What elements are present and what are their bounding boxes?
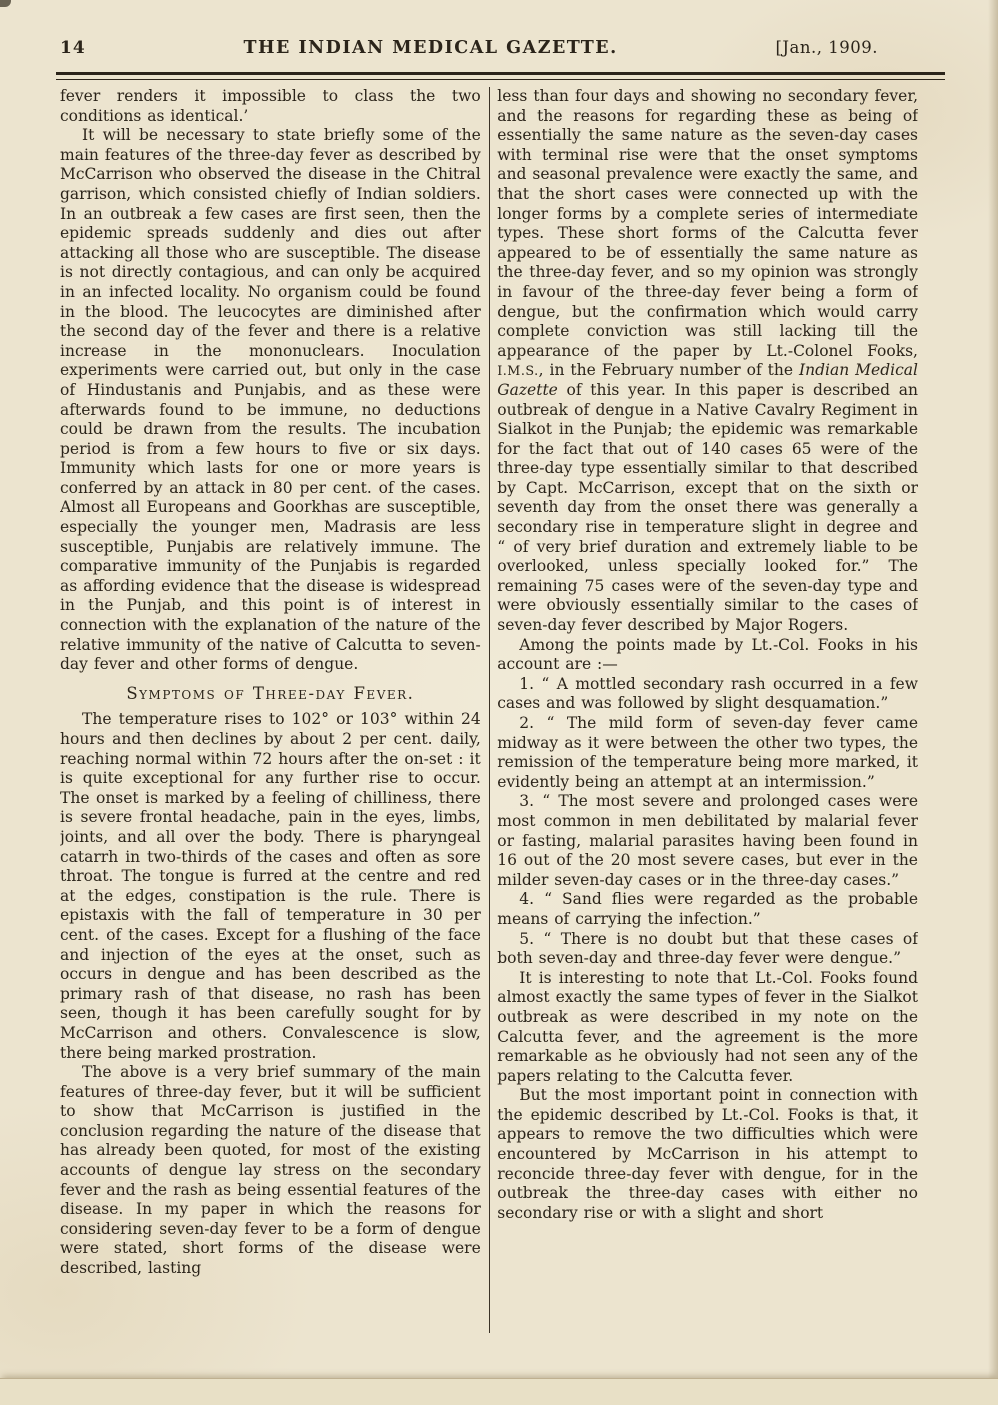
journal-page-scan: 14 THE INDIAN MEDICAL GAZETTE. [Jan., 19… (0, 0, 998, 1405)
page-right-edge (988, 0, 998, 1405)
ims-abbreviation: I.M.S. (497, 363, 538, 378)
numbered-point: 1. “ A mottled secondary rash occurred i… (497, 675, 918, 714)
paragraph-text: less than four days and showing no secon… (497, 87, 918, 360)
issue-date: [Jan., 1909. (776, 38, 879, 57)
column-divider-rule (489, 87, 491, 1333)
paragraph: The temperature rises to 102° or 103° wi… (60, 710, 481, 1063)
journal-title: THE INDIAN MEDICAL GAZETTE. (244, 38, 618, 58)
left-column: fever renders it impossible to class the… (60, 87, 481, 1339)
article-body: fever renders it impossible to class the… (60, 87, 918, 1339)
numbered-point: 3. “ The most severe and prolonged cases… (497, 792, 918, 890)
page-header: 14 THE INDIAN MEDICAL GAZETTE. [Jan., 19… (60, 38, 878, 58)
paragraph: But the most important point in connecti… (497, 1086, 918, 1223)
paragraph: Among the points made by Lt.-Col. Fooks … (497, 636, 918, 675)
header-double-rule (56, 72, 945, 80)
paragraph: It is interesting to note that Lt.-Col. … (497, 969, 918, 1087)
page-number: 14 (60, 38, 86, 58)
paragraph-continuation: fever renders it impossible to class the… (60, 87, 481, 126)
numbered-point: 5. “ There is no doubt but that these ca… (497, 930, 918, 969)
numbered-point: 2. “ The mild form of seven-day fever ca… (497, 714, 918, 792)
paragraph: It will be necessary to state briefly so… (60, 126, 481, 675)
page-bottom-edge (0, 1378, 998, 1405)
section-heading: Symptoms of Three-day Fever. (60, 684, 481, 704)
paragraph-continuation: less than four days and showing no secon… (497, 87, 918, 636)
numbered-point: 4. “ Sand flies were regarded as the pro… (497, 890, 918, 929)
paragraph-text: , in the February number of the (539, 361, 799, 379)
paragraph-text: of this year. In this paper is described… (497, 381, 918, 634)
scan-artifact (0, 0, 11, 7)
paragraph: The above is a very brief summary of the… (60, 1063, 481, 1279)
right-column: less than four days and showing no secon… (497, 87, 918, 1339)
